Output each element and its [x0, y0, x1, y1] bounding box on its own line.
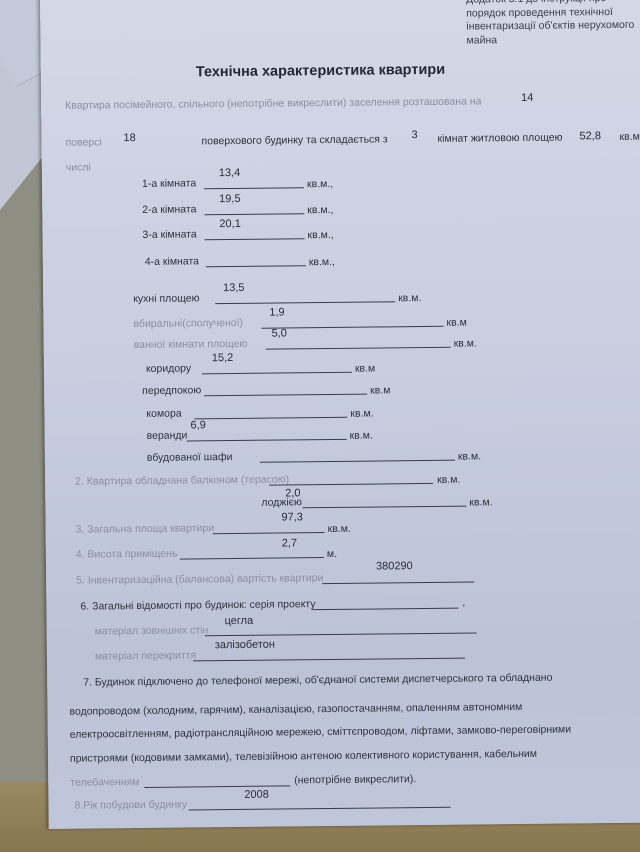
field-value: 6,9 [190, 419, 205, 431]
field-unit: кв.м [355, 363, 375, 375]
field-label: 2-а кімната [142, 203, 196, 216]
floor-slab-material-label: матеріал перекриття [95, 649, 196, 662]
series-comma: , [462, 597, 465, 609]
inventory-value-field[interactable] [322, 581, 474, 584]
cable-tv-field[interactable] [144, 785, 290, 788]
field-unit: кв.м [370, 384, 390, 396]
document-title: Технічна характеристика квартири [196, 62, 445, 81]
field-input-line[interactable] [260, 460, 455, 463]
field-input-line[interactable] [266, 347, 451, 350]
field-unit: кв.м., [307, 229, 333, 241]
floor-slab-material-value: залізобетон [215, 639, 275, 652]
loggia-value: 2,0 [285, 487, 300, 499]
utilities-line5-prefix: телебаченням [70, 776, 139, 789]
inventory-value-label: 5. Інвентаризаційна (балансова) вартість… [76, 572, 323, 587]
walls-material-field[interactable] [205, 632, 477, 636]
field-value: 19,5 [219, 193, 241, 205]
field-label: веранди [147, 429, 188, 441]
field-value: 15,2 [212, 352, 234, 364]
field-input-line[interactable] [204, 394, 367, 397]
intro-building-text: поверхового будинку та складається з [201, 133, 387, 147]
total-area-unit: кв.м. [328, 523, 351, 535]
floor-value: 14 [521, 92, 533, 104]
field-unit: кв.м., [307, 178, 333, 190]
total-area-field[interactable] [213, 532, 325, 534]
field-label: вбиральні(сполученої) [133, 317, 243, 330]
document-page: Додаток 3.1 до інструкції про порядок пр… [40, 0, 640, 829]
intro-living-area-label: кімнат житловою площею [437, 132, 562, 145]
field-unit: кв.м. [350, 408, 373, 420]
utilities-line2: водопроводом (холодним, гарячим), каналі… [69, 701, 522, 718]
building-info-label: 6. Загальні відомості про будинок: серія… [80, 598, 315, 612]
field-label: 1-а кімната [142, 177, 196, 190]
field-label: вбудованої шафи [147, 451, 233, 464]
field-unit: кв.м. [398, 292, 421, 304]
intro-line3: числі [66, 161, 91, 173]
field-unit: кв.м., [309, 256, 335, 268]
utilities-line3: електроосвітленням, радіотрансляційною м… [70, 723, 571, 740]
walls-material-value: цегла [224, 615, 253, 627]
balcony-unit: кв.м. [437, 474, 460, 486]
field-label: ванної кімнати площею [134, 338, 248, 351]
building-floors-value: 18 [123, 132, 135, 144]
field-input-line[interactable] [205, 238, 305, 240]
utilities-line4: пристроями (кодовими замками), телевізій… [70, 748, 537, 765]
inventory-value: 380290 [376, 560, 413, 572]
total-area-value: 97,3 [281, 511, 303, 523]
field-input-line[interactable] [206, 265, 306, 267]
field-label: передпокою [142, 384, 201, 397]
field-input-line[interactable] [187, 439, 347, 442]
walls-material-label: матеріал зовнішніх стін [95, 624, 209, 637]
field-label: кухні площею [133, 292, 199, 305]
field-label: коридору [146, 362, 191, 374]
floor-slab-material-field[interactable] [193, 658, 465, 662]
rooms-count-value: 3 [411, 129, 417, 141]
ceiling-height-unit: м. [327, 548, 337, 560]
field-unit: кв.м. [454, 337, 477, 349]
field-unit: кв.м. [350, 430, 373, 442]
balcony-field[interactable] [269, 483, 433, 486]
build-year-label: 8.Рік побудови будинку [74, 799, 187, 812]
living-area-value: 52,8 [579, 130, 601, 142]
field-input-line[interactable] [261, 326, 443, 329]
total-area-label: 3. Загальна площа квартири [76, 522, 215, 535]
appendix-note: Додаток 3.1 до інструкції про порядок пр… [466, 0, 640, 48]
ceiling-height-label: 4. Висота приміщень [76, 548, 178, 561]
project-series-field[interactable] [312, 608, 458, 611]
build-year-value: 2008 [244, 789, 269, 801]
utilities-line1: 7. Будинок підключено до телефоної мереж… [83, 672, 552, 689]
intro-unit: кв.м.,у [619, 131, 640, 143]
field-input-line[interactable] [194, 417, 347, 420]
loggia-unit: кв.м. [469, 496, 492, 508]
field-input-line[interactable] [204, 187, 304, 189]
loggia-field[interactable] [302, 506, 466, 509]
build-year-field[interactable] [189, 807, 451, 811]
field-unit: кв.м., [307, 204, 333, 216]
ceiling-height-field[interactable] [180, 557, 324, 560]
field-value: 13,5 [223, 282, 245, 294]
field-unit: кв.м [446, 317, 466, 329]
balcony-label: 2. Квартира обладнана балконом (терасою) [75, 473, 289, 487]
utilities-line5-suffix: (непотрібне викреслити). [294, 773, 416, 786]
ceiling-height-value: 2,7 [282, 537, 297, 549]
field-label: 3-а кімната [142, 228, 196, 241]
field-unit: кв.м. [458, 450, 481, 462]
field-label: 4-а кімната [145, 255, 199, 268]
field-value: 13,4 [219, 167, 241, 179]
field-value: 5,0 [271, 327, 286, 339]
intro-line1: Квартира посімейного, спільного (непотрі… [65, 95, 481, 111]
field-label: комора [146, 408, 181, 420]
field-input-line[interactable] [204, 213, 304, 215]
intro-floor-label: поверсі [65, 136, 101, 148]
field-input-line[interactable] [215, 301, 395, 304]
field-value: 20,1 [219, 218, 241, 230]
field-value: 1,9 [269, 306, 284, 318]
field-input-line[interactable] [202, 372, 352, 375]
